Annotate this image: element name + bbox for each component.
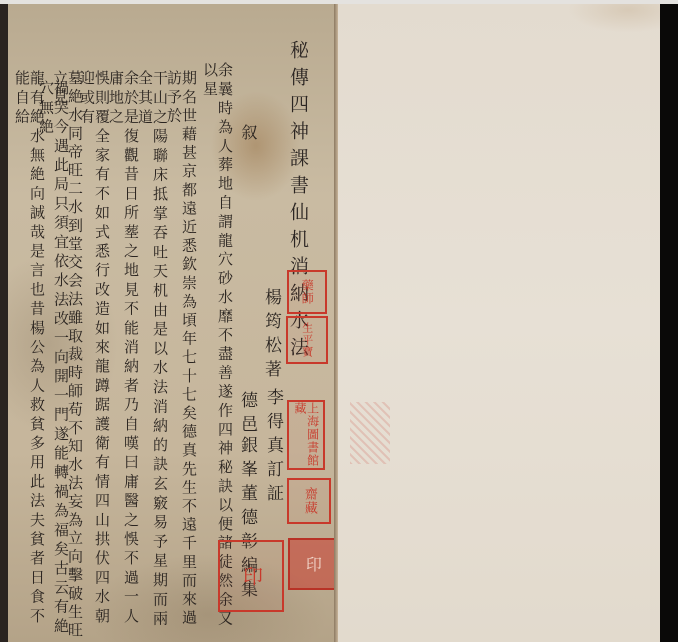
- seal-text: 齋藏: [302, 487, 316, 515]
- body-column-8: 龍有絶水無絶向誠哉是言也昔楊公為人救貧多用此法夫貧者日食不能自給: [14, 70, 44, 642]
- body-column-4: 余於是復觀昔日所塟之地見不能消納者乃自嘆曰庸醫之悞不過一人庸地之: [108, 70, 138, 642]
- right-scan-edge: [660, 4, 678, 642]
- author-line: 楊筠松著: [262, 288, 279, 384]
- reviser-line: 李得真訂証: [264, 388, 281, 508]
- body-column-3: 干山之陽聯床抵掌吞吐天机由是以水法消納的訣玄竅易予星期而兩全其道: [137, 70, 167, 642]
- seal-text: 上海圖書館藏: [293, 402, 318, 468]
- seal-stamp-1: 藥師: [287, 270, 327, 314]
- seal-stamp-5: 印: [288, 538, 336, 590]
- seal-text: 印: [241, 566, 262, 587]
- compiler-place: 德邑: [238, 391, 255, 439]
- body-column-2: 期名世藉甚京都遠近悉欽崇為頃年七十七矣德真先生不遠千里而來過訪予於: [166, 70, 196, 642]
- seal-text: 藥師: [301, 279, 314, 305]
- seal-stamp-4: 齋藏: [287, 478, 331, 524]
- seal-bleed-through: [350, 402, 390, 464]
- seal-stamp-2: 生平寶: [286, 316, 328, 364]
- library-seal: 上海圖書館藏: [287, 400, 325, 470]
- seal-text: 生平寶: [301, 322, 313, 358]
- book-scan: 秘傳四神課書仙机消納水法 叙 楊筠松著 李得真訂証 德邑 銀峯董德彰編集 余曩時…: [0, 0, 678, 642]
- seal-stamp-6: 印: [218, 540, 284, 612]
- preface-heading: 叙: [240, 124, 256, 143]
- right-page-blank: [338, 4, 660, 642]
- left-scan-edge: [0, 4, 8, 642]
- seal-text: 印: [304, 556, 321, 573]
